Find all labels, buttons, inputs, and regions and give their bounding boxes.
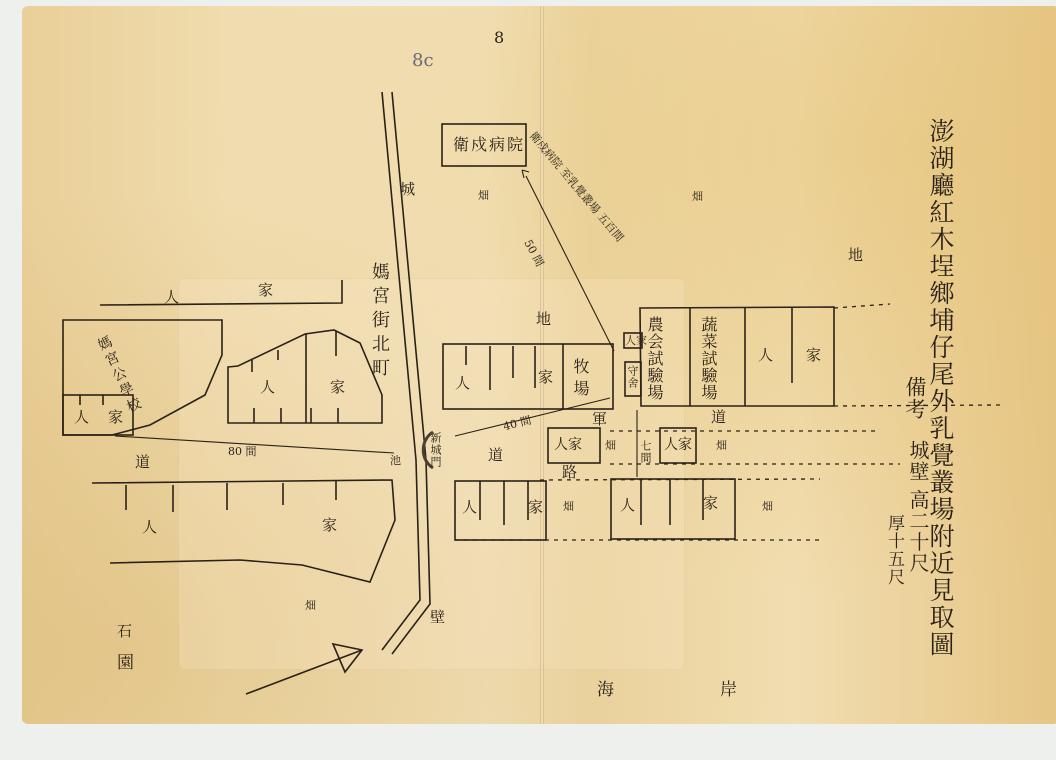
pasture-label: 牧場 — [572, 358, 588, 402]
field-label-6: 畑 — [762, 501, 773, 512]
guardhouse-label: 人家 — [625, 335, 647, 346]
military-road-3: 路 — [562, 465, 577, 480]
remarks-line2: 厚十五尺 — [885, 514, 902, 586]
field-label-5: 畑 — [563, 501, 574, 512]
land-label-1: 地 — [848, 248, 863, 263]
school-house-jia: 家 — [108, 410, 123, 425]
houses-top-ren: 人 — [164, 290, 179, 305]
houses-lowerleft-ren: 人 — [142, 520, 157, 535]
houses-bottom2-ren: 人 — [620, 498, 635, 513]
houses-center-jia: 家 — [538, 370, 553, 385]
distance-7: 七間 — [640, 440, 651, 464]
sea-label: 海 — [597, 682, 614, 699]
road-label-center: 道 — [488, 448, 503, 463]
field-label-3: 畑 — [605, 440, 616, 451]
shore-label: 岸 — [720, 682, 737, 699]
garrison-hospital-label: 衛戍病院 — [453, 137, 525, 153]
field-label-2: 畑 — [692, 191, 703, 202]
agri-test-field-label: 農会試驗場 — [646, 316, 662, 401]
map-title: 澎湖廳紅木埕鄉埔仔尾外乳覺叢場附近見取圖 — [928, 118, 953, 658]
military-road-1: 軍 — [592, 412, 607, 427]
pencil-mark-2: 8 — [494, 30, 504, 46]
top-houses-outline — [100, 280, 342, 305]
new-gate-label: 新城門 — [430, 432, 441, 468]
houses-block-left — [228, 330, 382, 423]
pond-label: 池 — [390, 455, 401, 466]
houses-center-ren: 人 — [455, 376, 470, 391]
road-label-left: 道 — [135, 455, 150, 470]
houses-right-ren: 人 — [758, 348, 773, 363]
houses-top-jia: 家 — [258, 283, 273, 298]
school-house-ren: 人 — [74, 410, 89, 425]
wall-label-2: 壁 — [430, 610, 445, 625]
stone-garden-2: 園 — [117, 655, 134, 672]
houses-bottom1-jia: 家 — [528, 500, 543, 515]
north-arrow-symbol — [246, 644, 362, 694]
houses-lowerleft-jia: 家 — [322, 518, 337, 533]
houses-block-lower-left — [92, 480, 395, 582]
houses-left-jia: 家 — [330, 380, 345, 395]
stone-garden-1: 石 — [117, 624, 132, 639]
remarks-line1: 城壁 高二十尺 — [908, 440, 928, 573]
houses-left-ren: 人 — [260, 380, 275, 395]
test-fields-block — [640, 307, 834, 406]
field-label-1: 畑 — [478, 190, 489, 201]
distance-80: 80 間 — [228, 446, 257, 457]
field-label-4: 畑 — [716, 440, 727, 451]
shrine-label: 守舍 — [627, 365, 638, 389]
field-label-7: 畑 — [305, 600, 316, 611]
houses-bottom2-jia: 家 — [703, 496, 718, 511]
remarks-label: 備考 — [904, 376, 925, 420]
street-name: 媽宮街北町 — [370, 262, 388, 382]
map-linework — [0, 0, 1056, 760]
land-label-2: 地 — [536, 312, 551, 327]
houses-bottom1-ren: 人 — [462, 500, 477, 515]
military-road-2: 道 — [711, 410, 726, 425]
houses-small-2-label: 人家 — [664, 438, 692, 452]
wall-label-1: 城 — [400, 182, 415, 197]
houses-small-1-label: 人家 — [554, 438, 582, 452]
veg-test-field-label: 蔬菜試驗場 — [700, 316, 716, 401]
houses-right-jia: 家 — [806, 348, 821, 363]
pencil-mark-1: 8c — [412, 52, 434, 70]
